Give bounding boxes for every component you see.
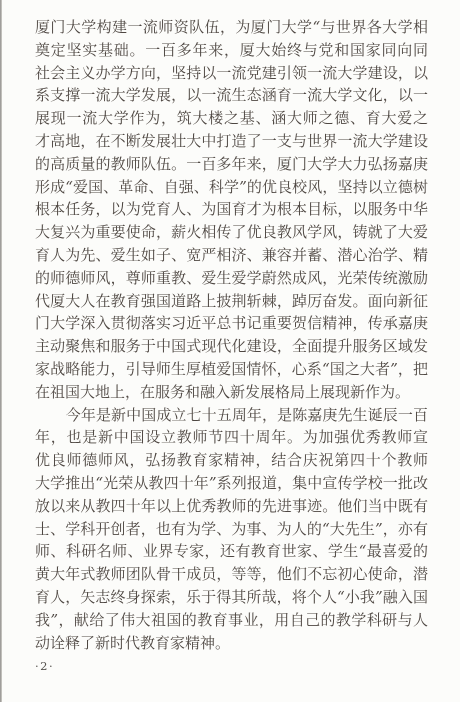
- text-line: 形成“爱国、革命、自强、科学”的优良校风，坚持以立德树人为: [35, 176, 428, 199]
- text-line: 士、学科开创者，也有为学、为事、为人的“大先生”，亦有教学名: [35, 518, 428, 541]
- text-line: 的师德师风，尊师重教、爱生爱学蔚然成风，光荣传统激励着一代: [35, 267, 428, 290]
- text-line: 主动聚焦和服务于中国式现代化建设，全面提升服务区域发展和国: [35, 335, 428, 358]
- text-line: 优良师德师风，弘扬教育家精神，结合庆祝第四十个教师节，厦门: [35, 449, 428, 472]
- text-line: 动诠释了新时代教育家精神。: [35, 632, 428, 655]
- text-line: 奠定坚实基础。一百多年来，厦大始终与党和国家同向同行，坚持: [35, 39, 428, 62]
- text-line: 家战略能力，引导师生厚植爱国情怀，心系“国之大者”，把论文写: [35, 358, 428, 381]
- document-page: 厦门大学构建一流师资队伍，为厦门大学“与世界各大学相颉颃”奠定坚实基础。一百多年…: [0, 0, 460, 702]
- text-line: 育人为先、爱生如子、宽严相济、兼容并蓄、潜心治学、精益求精: [35, 244, 428, 267]
- text-line: 才高地，在不断发展壮大中打造了一支与世界一流大学建设相适应: [35, 130, 428, 153]
- text-line: 育人，矢志终身探索，乐于得其所哉，将个人“小我”融入国家“大: [35, 586, 428, 609]
- text-line: 系支撑一流大学发展，以一流生态涵育一流大学文化，以一流能力: [35, 84, 428, 107]
- text-line: 门大学深入贯彻落实习近平总书记重要贺信精神，传承嘉庚精神，: [35, 312, 428, 335]
- text-line: 师、科研名师、业界专家，还有教育世家、学生“最喜爱的老师”、: [35, 540, 428, 563]
- text-line: 我”，献给了伟大祖国的教育事业，用自己的教学科研与人才培养行: [35, 609, 428, 632]
- text-line: 根本任务，以为党育人、为国育才为根本目标，以服务中华民族伟: [35, 198, 428, 221]
- text-line: 放以来从教四十年以上优秀教师的先进事迹。他们当中既有两院院: [35, 495, 428, 518]
- text-line: 厦门大学构建一流师资队伍，为厦门大学“与世界各大学相颉颃”: [35, 16, 428, 39]
- text-content: 厦门大学构建一流师资队伍，为厦门大学“与世界各大学相颉颃”奠定坚实基础。一百多年…: [35, 16, 428, 654]
- scan-edge-artifact: [0, 0, 2, 702]
- text-line: 今年是新中国成立七十五周年，是陈嘉庚先生诞辰一百五十周: [35, 404, 428, 427]
- text-line: 社会主义办学方向，坚持以一流党建引领一流大学建设，以一流体: [35, 62, 428, 85]
- text-line: 展现一流大学作为，筑大楼之基、涵大师之德、育大爱之才，建人: [35, 107, 428, 130]
- text-line: 代厦大人在教育强国道路上披荆斩棘，踔厉奋发。面向新征程，厦: [35, 290, 428, 313]
- page-number: ·2·: [35, 659, 54, 673]
- text-line: 年，也是新中国设立教师节四十周年。为加强优秀教师宣传，传承: [35, 426, 428, 449]
- text-line: 在祖国大地上，在服务和融入新发展格局上展现新作为。: [35, 381, 428, 404]
- text-line: 大学推出“光荣从教四十年”系列报道，集中宣传学校一批改革开: [35, 472, 428, 495]
- text-line: 黄大年式教师团队骨干成员，等等，他们不忘初心使命，潜心教书: [35, 563, 428, 586]
- text-line: 大复兴为重要使命，薪火相传了优良教风学风，铸就了大爱无疆、: [35, 221, 428, 244]
- text-line: 的高质量的教师队伍。一百多年来，厦门大学大力弘扬嘉庚精神，: [35, 153, 428, 176]
